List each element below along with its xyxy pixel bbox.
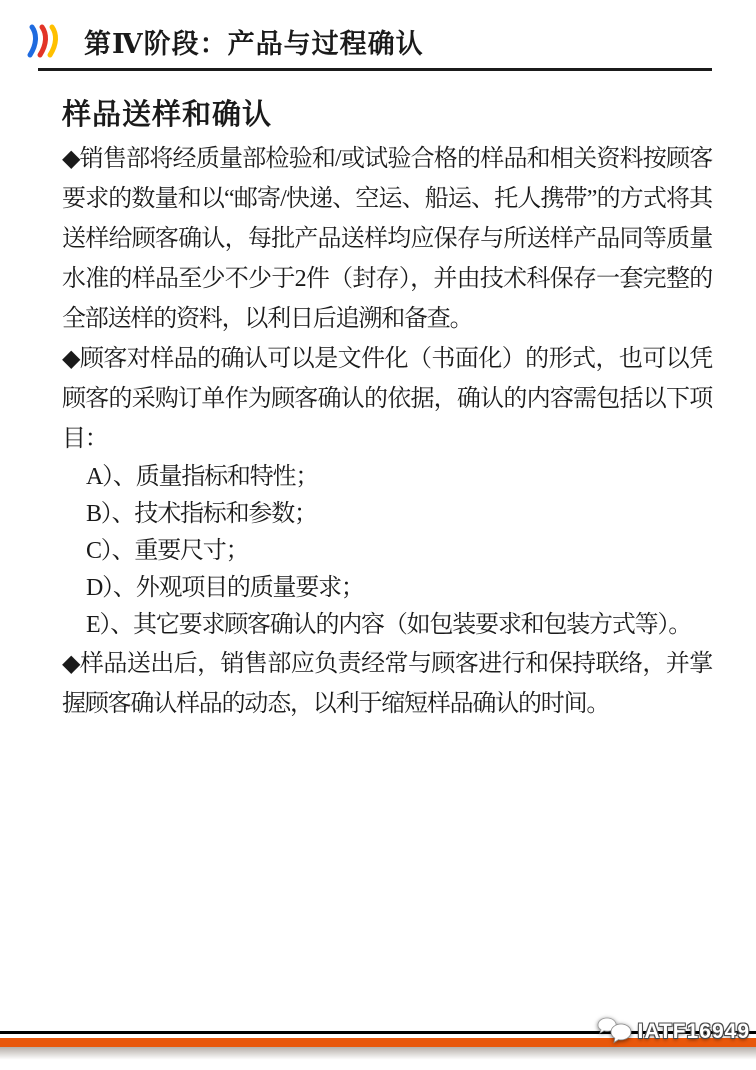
section-title: 样品送样和确认: [62, 97, 712, 133]
confirmation-items-list: A）、质量指标和特性； B）、技术指标和参数； C）、重要尺寸； D）、外观项目…: [86, 459, 712, 644]
header-divider: [38, 68, 712, 71]
chat-bubbles-icon: [597, 1016, 633, 1048]
slide-page: 第Ⅳ阶段：产品与过程确认 样品送样和确认 ◆销售部将经质量部检验和/或试验合格的…: [0, 0, 756, 1070]
list-item-quality-indicators: A）、质量指标和特性；: [86, 459, 712, 496]
paragraph-sample-submission: ◆销售部将经质量部检验和/或试验合格的样品和相关资料按顾客要求的数量和以“邮寄/…: [62, 139, 712, 339]
list-item-key-dimensions: C）、重要尺寸；: [86, 533, 712, 570]
footer-shadow-gradient: [0, 1047, 756, 1062]
slide-body: 样品送样和确认 ◆销售部将经质量部检验和/或试验合格的样品和相关资料按顾客要求的…: [62, 97, 712, 724]
list-item-technical-parameters: B）、技术指标和参数；: [86, 496, 712, 533]
watermark-label: IATF16949: [638, 1020, 751, 1044]
watermark: IATF16949: [597, 1016, 751, 1048]
paragraph-customer-confirmation: ◆顾客对样品的确认可以是文件化（书面化）的形式，也可以凭顾客的采购订单作为顾客确…: [62, 339, 712, 459]
list-item-appearance-requirements: D）、外观项目的质量要求；: [86, 570, 712, 607]
logo-wave-chevrons-icon: [27, 23, 61, 61]
page-title: 第Ⅳ阶段：产品与过程确认: [84, 27, 424, 61]
list-item-other-requirements: E）、其它要求顾客确认的内容（如包装要求和包装方式等）。: [86, 607, 712, 644]
paragraph-follow-up: ◆样品送出后，销售部应负责经常与顾客进行和保持联络，并掌握顾客确认样品的动态，以…: [62, 644, 712, 724]
